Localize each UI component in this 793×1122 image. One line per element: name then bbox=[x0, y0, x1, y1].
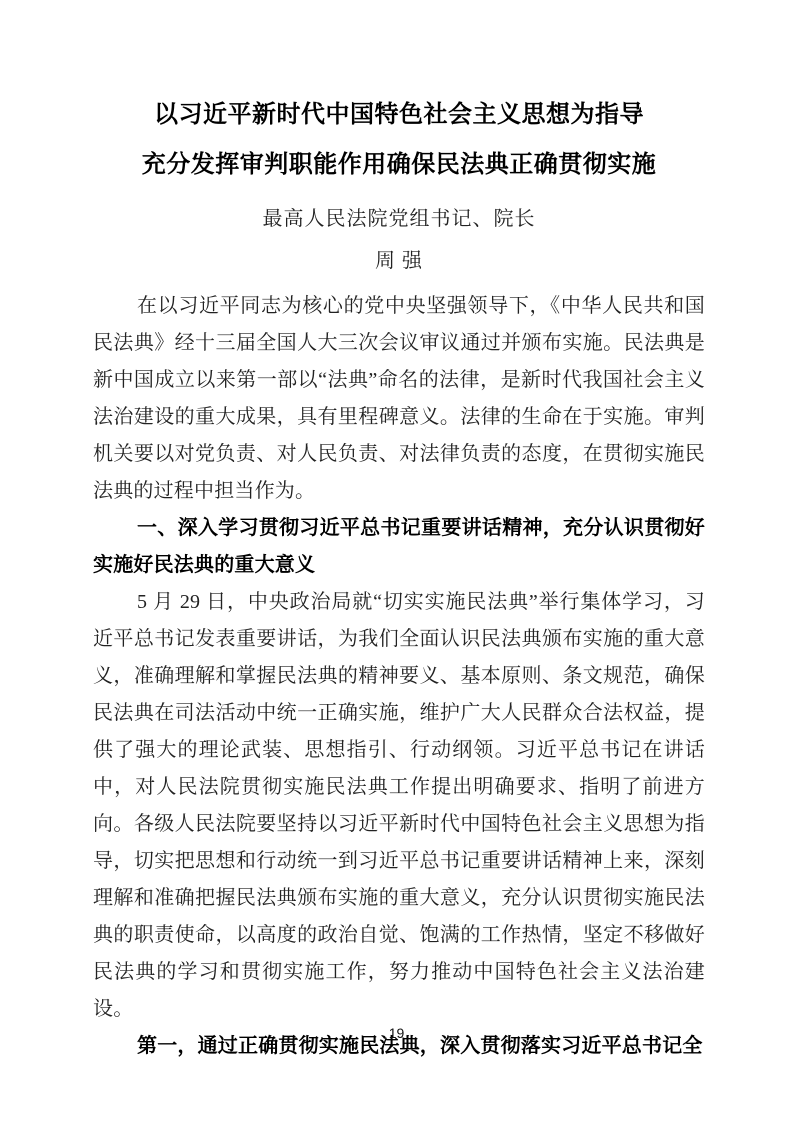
document-title: 以习近平新时代中国特色社会主义思想为指导 充分发挥审判职能作用确保民法典正确贯彻… bbox=[93, 90, 705, 190]
author-title: 最高人民法院党组书记、院长 bbox=[93, 204, 705, 234]
document-page: 以习近平新时代中国特色社会主义思想为指导 充分发挥审判职能作用确保民法典正确贯彻… bbox=[0, 0, 793, 1122]
document-title-line-1: 以习近平新时代中国特色社会主义思想为指导 bbox=[154, 101, 644, 128]
body-paragraph: 在以习近平同志为核心的党中央坚强领导下，《中华人民共和国民法典》经十三届全国人大… bbox=[93, 288, 705, 510]
page-number: 19 bbox=[0, 1024, 793, 1042]
author-name: 周 强 bbox=[93, 246, 705, 276]
document-title-line-2: 充分发挥审判职能作用确保民法典正确贯彻实施 bbox=[142, 151, 657, 178]
section-heading: 一、深入学习贯彻习近平总书记重要讲话精神，充分认识贯彻好实施好民法典的重大意义 bbox=[93, 510, 705, 584]
body-paragraph: 5 月 29 日，中央政治局就“切实实施民法典”举行集体学习，习近平总书记发表重… bbox=[93, 584, 705, 1028]
document-body: 在以习近平同志为核心的党中央坚强领导下，《中华人民共和国民法典》经十三届全国人大… bbox=[93, 288, 705, 1065]
